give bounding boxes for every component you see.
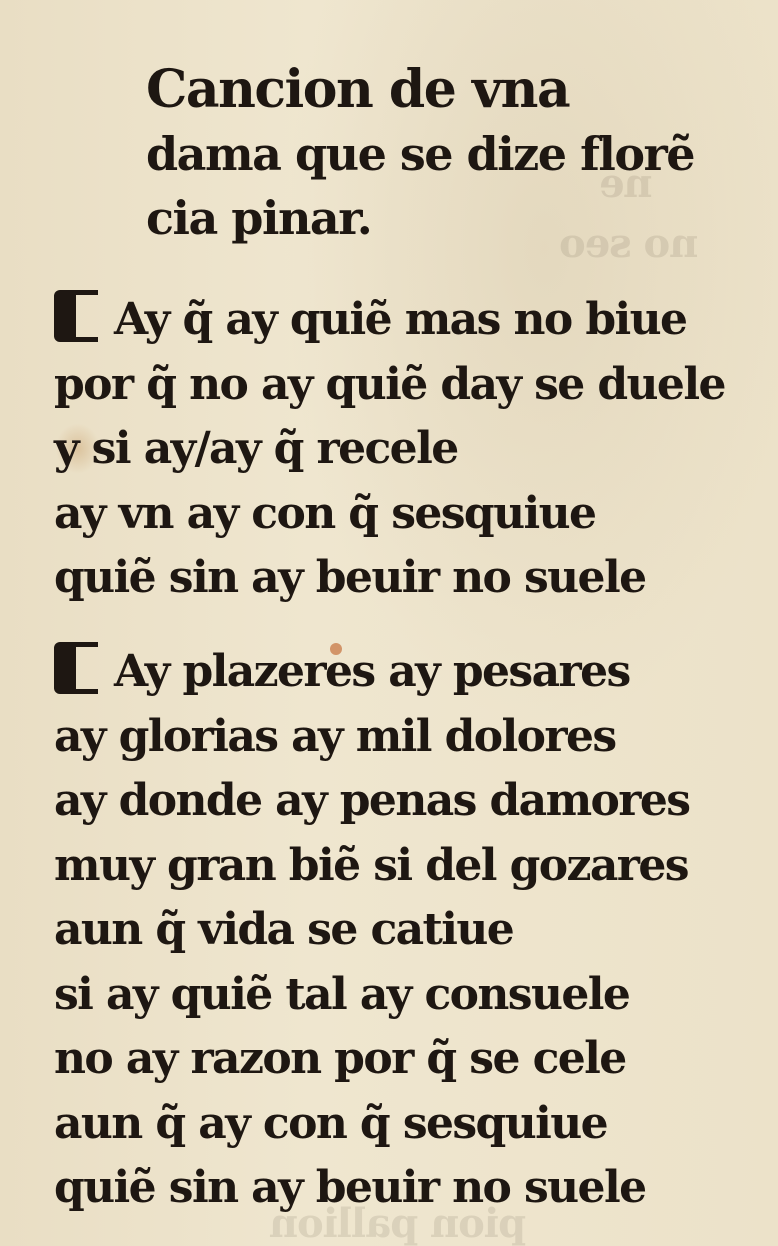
title-line: cia pinar. xyxy=(146,186,666,250)
verse-line: no ay razon por q̃ se cele xyxy=(54,1027,714,1092)
verse-line: y si ay/ay q̃ recele xyxy=(54,417,714,482)
title-line: dama que se dize florẽ xyxy=(146,122,666,186)
verse-line: Ay q̃ ay quiẽ mas no biue xyxy=(54,288,714,353)
verse-text: Ay plazeres ay pesares xyxy=(114,646,630,697)
verse-line: si ay quiẽ tal ay consuele xyxy=(54,963,714,1028)
verse-line: por q̃ no ay quiẽ day se duele xyxy=(54,353,714,418)
stanza-2: Ay plazeres ay pesares ay glorias ay mil… xyxy=(54,640,714,1221)
title-line: Cancion de vna xyxy=(146,58,666,122)
paragraph-mark-icon xyxy=(54,290,104,342)
verse-line: aun q̃ ay con q̃ sesquiue xyxy=(54,1092,714,1157)
verse-line: ay vn ay con q̃ sesquiue xyxy=(54,482,714,547)
verse-line: ay glorias ay mil dolores xyxy=(54,705,714,770)
stanza-1: Ay q̃ ay quiẽ mas no biue por q̃ no ay … xyxy=(54,288,714,611)
verse-text: Ay q̃ ay quiẽ mas no biue xyxy=(114,294,686,345)
verse-line: Ay plazeres ay pesares xyxy=(54,640,714,705)
verse-line: aun q̃ vida se catiue xyxy=(54,898,714,963)
verse-line: quiẽ sin ay beuir no suele xyxy=(54,546,714,611)
poem-title: Cancion de vna dama que se dize florẽ c… xyxy=(146,58,666,250)
verse-line: quiẽ sin ay beuir no suele xyxy=(54,1156,714,1221)
verse-line: muy gran biẽ si del gozares xyxy=(54,834,714,899)
paragraph-mark-icon xyxy=(54,642,104,694)
verse-line: ay donde ay penas damores xyxy=(54,769,714,834)
